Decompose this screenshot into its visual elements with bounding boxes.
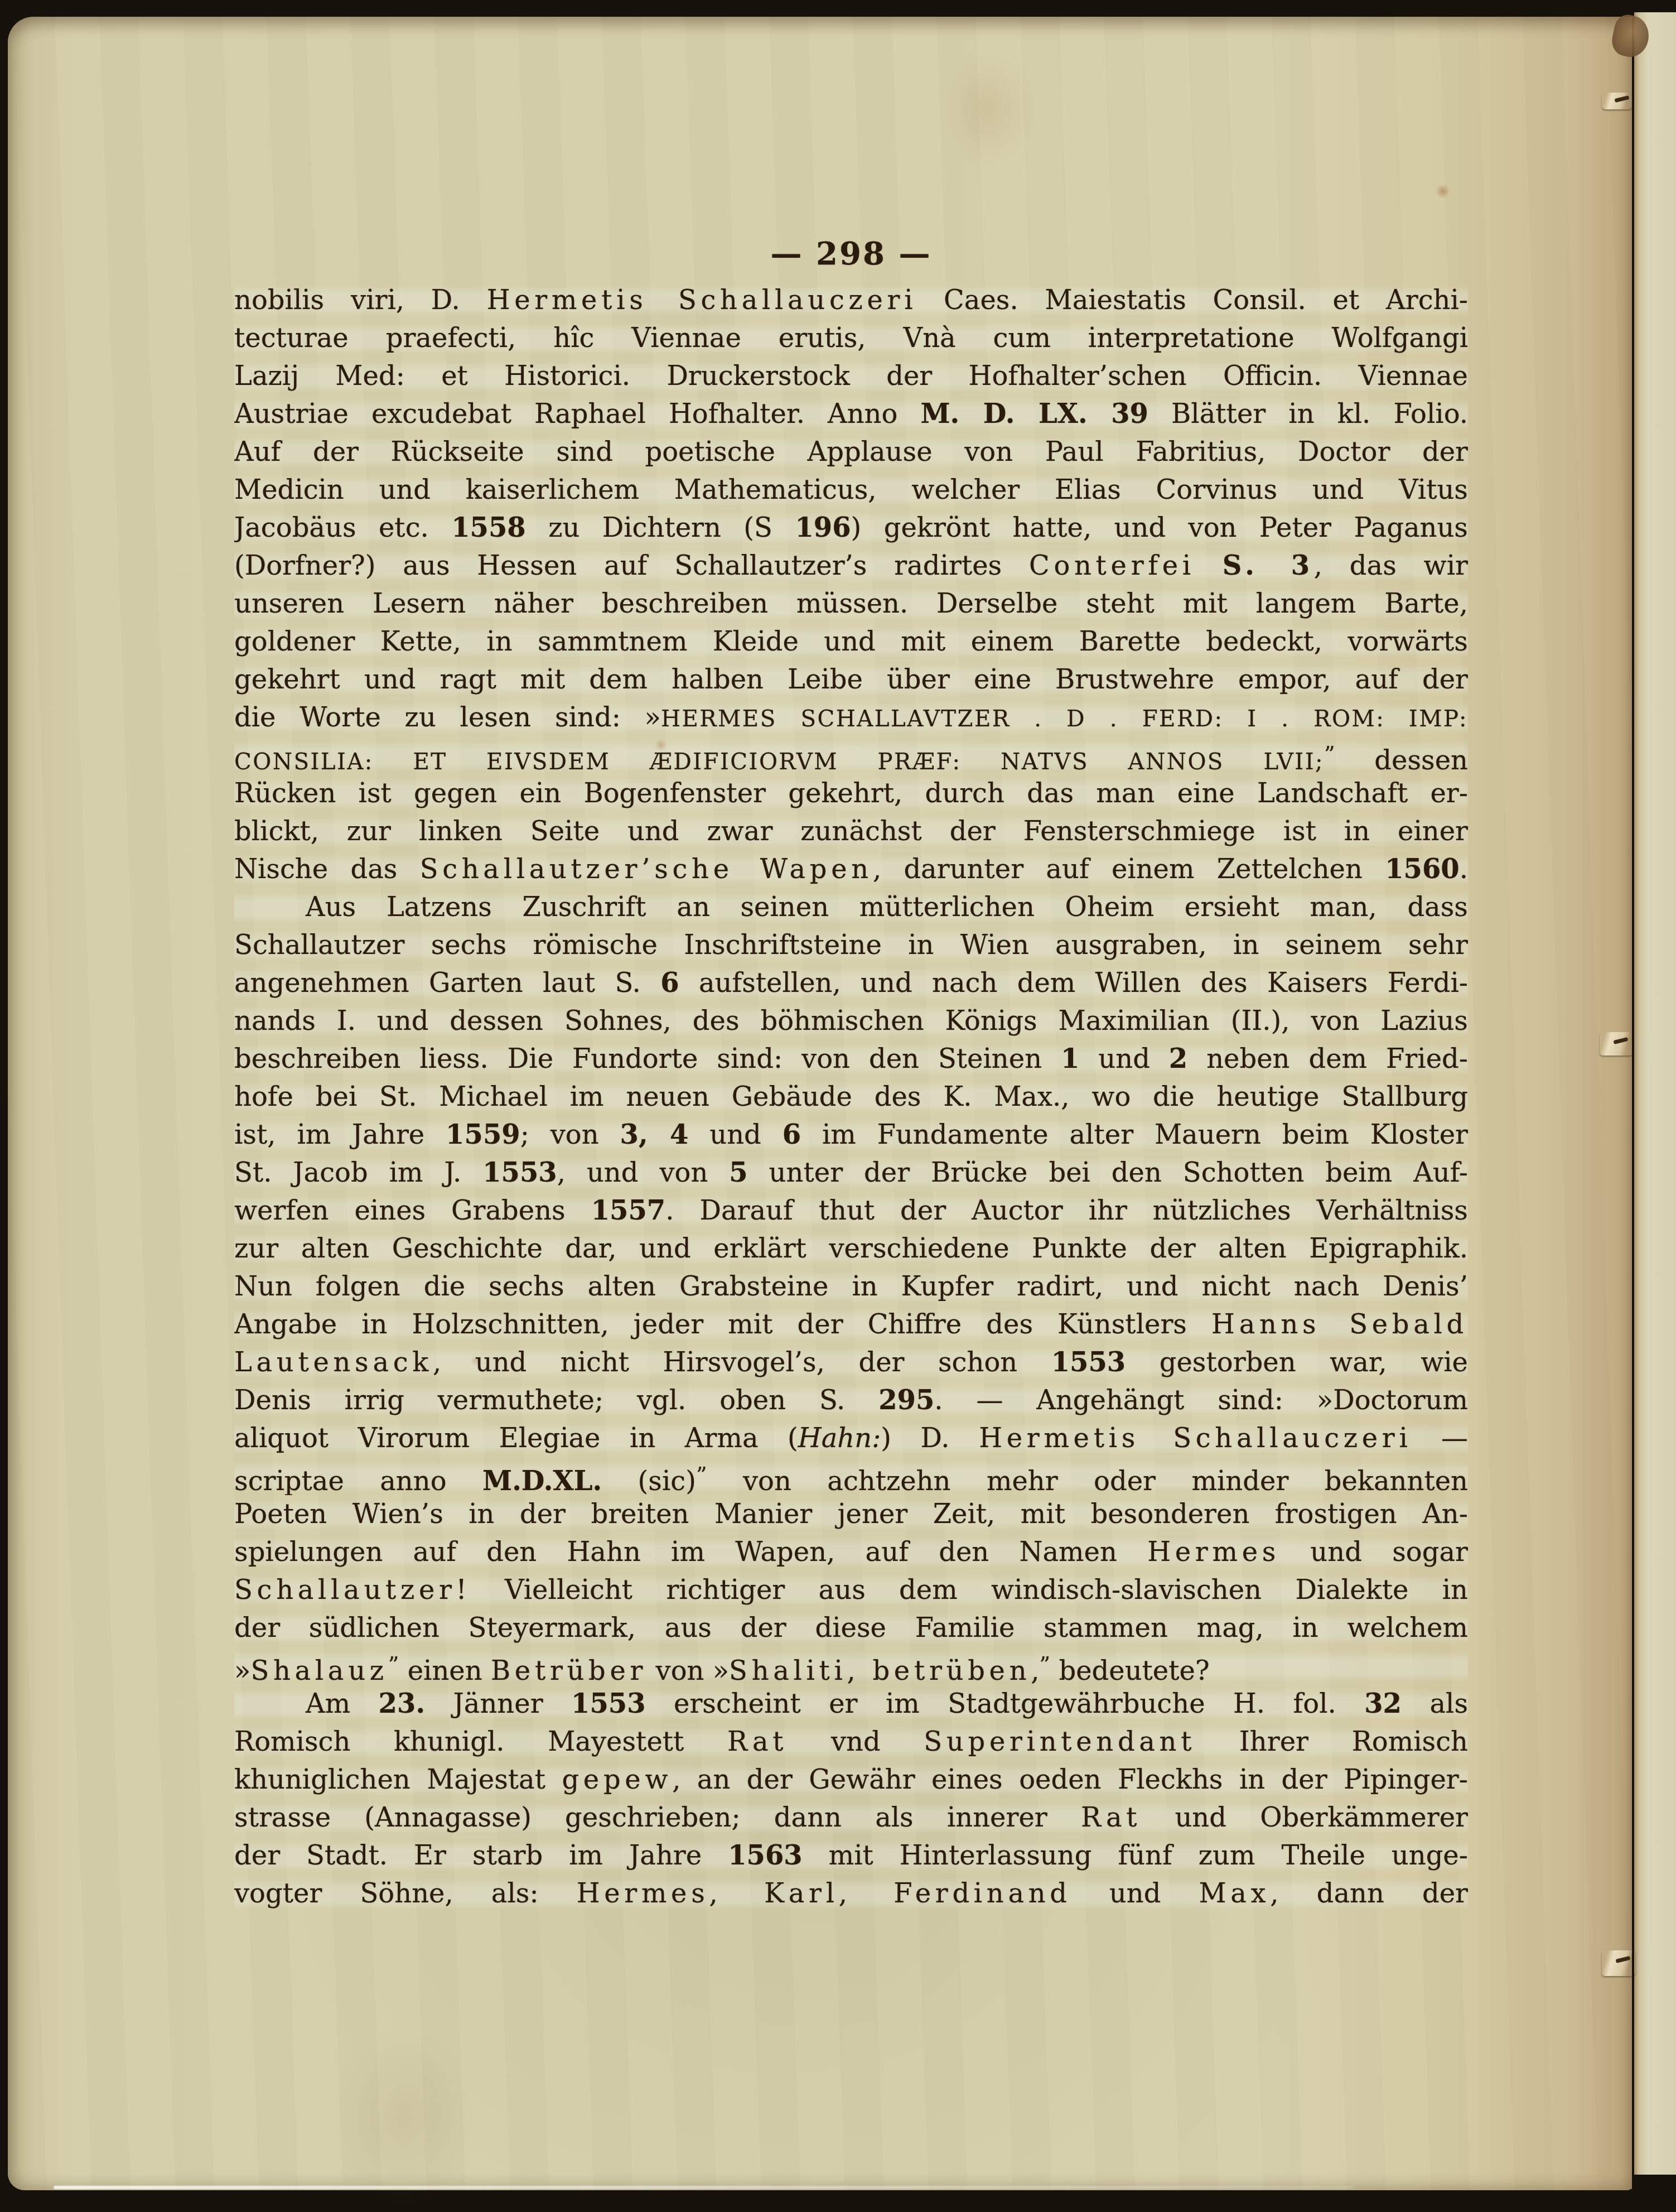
text-line: blickt, zur linken Seite und zwar zunäch… xyxy=(234,812,1468,850)
text-line: Denis irrig vermuthete; vgl. oben S. 295… xyxy=(234,1381,1468,1419)
text-line: St. Jacob im J. 1553, und von 5 unter de… xyxy=(234,1154,1468,1192)
text-line: werfen eines Grabens 1557. Darauf thut d… xyxy=(234,1192,1468,1230)
text-line: strasse (Annagasse) geschrieben; dann al… xyxy=(234,1799,1468,1837)
text-line: Auf der Rückseite sind poetische Applaus… xyxy=(234,433,1468,471)
foxing-spot xyxy=(1436,184,1450,199)
text-line: zur alten Geschichte dar, und erklärt ve… xyxy=(234,1230,1468,1268)
page-number: — 298 — xyxy=(234,235,1468,274)
text-line: Medicin und kaiserlichem Mathematicus, w… xyxy=(234,471,1468,509)
text-line: Schallautzer! Vielleicht richtiger aus d… xyxy=(234,1571,1468,1609)
text-line: Angabe in Holzschnitten, jeder mit der C… xyxy=(234,1305,1468,1343)
text-line: nobilis viri, D. Hermetis Schallauczeri … xyxy=(234,281,1468,319)
text-line: nands I. und dessen Sohnes, des böhmisch… xyxy=(234,1002,1468,1040)
book-page: — 298 — nobilis viri, D. Hermetis Schall… xyxy=(8,17,1632,2190)
text-line: khuniglichen Majestat gepew, an der Gewä… xyxy=(234,1761,1468,1799)
stitch-mark xyxy=(1600,1032,1633,1056)
text-line: »Shalauz” einen Betrüber von »Shaliti, b… xyxy=(234,1647,1468,1685)
text-line: scriptae anno M.D.XL. (sic)” von achtzeh… xyxy=(234,1457,1468,1495)
page-edge-highlight xyxy=(54,2186,1353,2189)
stitch-mark xyxy=(1602,93,1632,109)
text-line: Romisch khunigl. Mayestett Rat vnd Super… xyxy=(234,1723,1468,1761)
text-line: Am 23. Jänner 1553 erscheint er im Stadt… xyxy=(234,1685,1468,1723)
text-line: hofe bei St. Michael im neuen Gebäude de… xyxy=(234,1078,1468,1116)
text-line: ist, im Jahre 1559; von 3, 4 und 6 im Fu… xyxy=(234,1116,1468,1154)
text-line: unseren Lesern näher beschreiben müssen.… xyxy=(234,585,1468,623)
text-line: Austriae excudebat Raphael Hofhalter. An… xyxy=(234,395,1468,433)
text-line: Poeten Wien’s in der breiten Manier jene… xyxy=(234,1495,1468,1533)
gutter-stitch-line xyxy=(1629,13,1634,2190)
text-line: gekehrt und ragt mit dem halben Leibe üb… xyxy=(234,661,1468,698)
text-line: angenehmen Garten laut S. 6 aufstellen, … xyxy=(234,964,1468,1002)
text-line: Jacobäus etc. 1558 zu Dichtern (S 196) g… xyxy=(234,509,1468,547)
text-line: tecturae praefecti, hîc Viennae erutis, … xyxy=(234,319,1468,357)
text-line: beschreiben liess. Die Fundorte sind: vo… xyxy=(234,1040,1468,1078)
text-line: Nische das Schallautzer’sche Wapen, daru… xyxy=(234,850,1468,888)
text-line: Lazij Med: et Historici. Druckerstock de… xyxy=(234,357,1468,395)
stitch-mark xyxy=(1602,1950,1635,1976)
text-line: Lautensack, und nicht Hirsvogel’s, der s… xyxy=(234,1343,1468,1381)
text-line: der Stadt. Er starb im Jahre 1563 mit Hi… xyxy=(234,1837,1468,1874)
text-line: die Worte zu lesen sind: »HERMES SCHALLA… xyxy=(234,698,1468,736)
next-page-edge xyxy=(1634,12,1676,2175)
text-line: Schallautzer sechs römische Inschriftste… xyxy=(234,926,1468,964)
text-line: aliquot Virorum Elegiae in Arma (Hahn:) … xyxy=(234,1419,1468,1457)
text-line: vogter Söhne, als: Hermes, Karl, Ferdina… xyxy=(234,1874,1468,1912)
text-line: Nun folgen die sechs alten Grabsteine in… xyxy=(234,1268,1468,1305)
text-line: spielungen auf den Hahn im Wapen, auf de… xyxy=(234,1533,1468,1571)
text-line: Aus Latzens Zuschrift an seinen mütterli… xyxy=(234,888,1468,926)
text-line: (Dorfner?) aus Hessen auf Schallautzer’s… xyxy=(234,547,1468,585)
text-line: Rücken ist gegen ein Bogenfenster gekehr… xyxy=(234,774,1468,812)
text-block: nobilis viri, D. Hermetis Schallauczeri … xyxy=(234,281,1468,1912)
paper-stain xyxy=(331,2025,476,2209)
text-line: der südlichen Steyermark, aus der diese … xyxy=(234,1609,1468,1647)
book-photo: — 298 — nobilis viri, D. Hermetis Schall… xyxy=(0,0,1676,2212)
text-line: goldener Kette, in sammtnem Kleide und m… xyxy=(234,623,1468,661)
text-line: CONSILIA: ET EIVSDEM ÆDIFICIORVM PRÆF: N… xyxy=(234,736,1468,774)
paper-stain xyxy=(940,50,1035,167)
